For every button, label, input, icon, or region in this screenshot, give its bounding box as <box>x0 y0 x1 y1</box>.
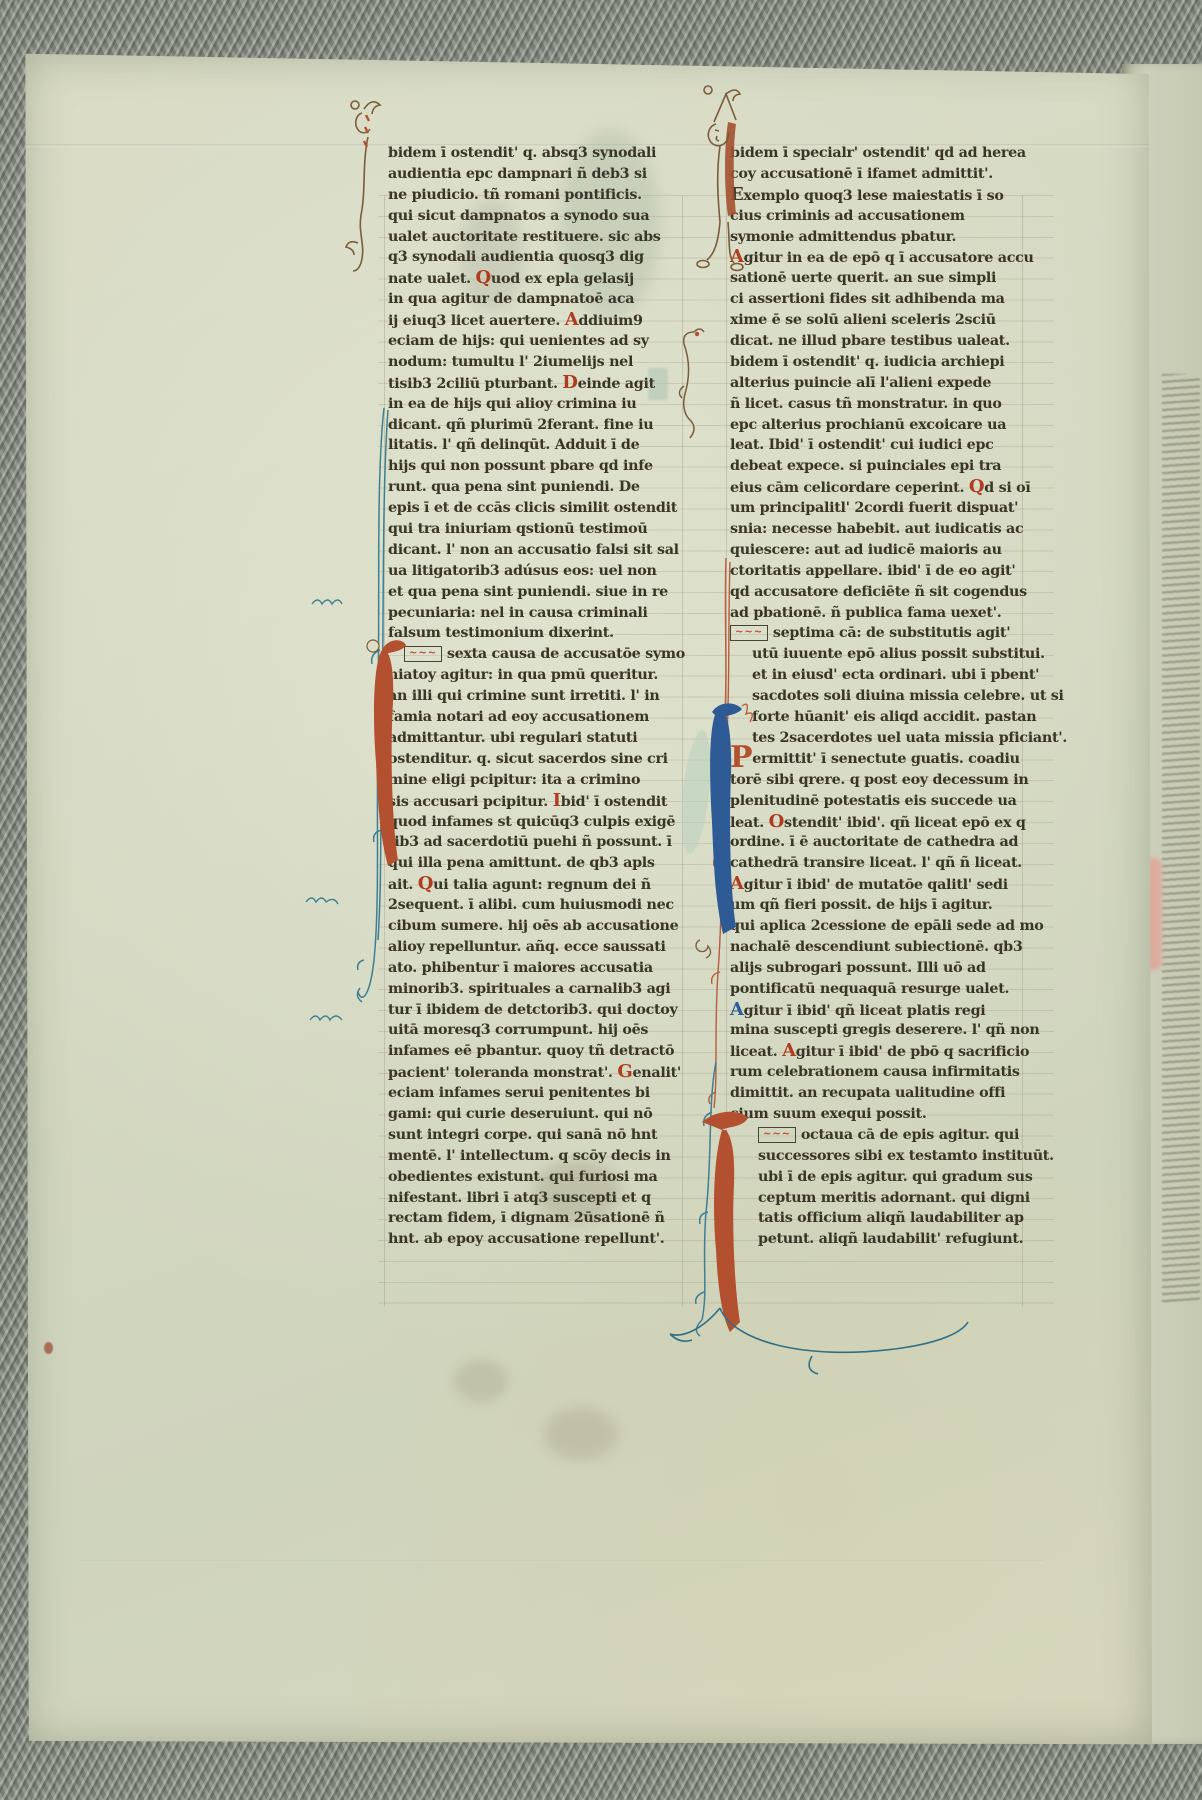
text-line: leat. Ostendit' ibid'. qñ liceat epō ex … <box>730 812 1030 833</box>
text-column-right: bidem ī specialr' ostendit' qd ad hereac… <box>730 143 1030 1250</box>
text-run: rum celebrationem causa infirmitatis <box>730 1064 1020 1080</box>
text-line: rectam fidem, ī dignam 2ūsationē ñ <box>388 1208 688 1229</box>
text-run: in ea de hijs qui alioy crimina iu <box>388 396 636 412</box>
text-line: um principalitl' 2cordi fuerit dispuat' <box>730 498 1030 519</box>
text-line: ostenditur. q. sicut sacerdos sine cri <box>388 749 688 770</box>
grotesque-initial-icon <box>690 88 754 288</box>
text-line: nate ualet. Quod ex epla gelasij <box>388 268 688 289</box>
text-line: symonie admittendus pbatur. <box>730 227 1030 248</box>
text-run: nate ualet. <box>388 271 475 287</box>
bottom-flourish <box>662 1304 992 1384</box>
text-line: utū iuuente epō alius possit substitui. <box>730 644 1030 665</box>
text-run: rectam fidem, ī dignam 2ūsationē ñ <box>388 1210 665 1226</box>
text-line: runt. qua pena sint puniendi. De <box>388 477 688 498</box>
text-run: ddiuim9 <box>578 313 642 329</box>
decorated-initial: I <box>553 790 561 811</box>
text-run: qd accusatore deficiēte ñ sit cogendus <box>730 584 1027 600</box>
text-line: plenitudinē potestatis eis succede ua <box>730 791 1030 812</box>
text-line: ci assertioni fides sit adhibenda ma <box>730 289 1030 310</box>
text-run: niatoy agitur: in qua pmū queritur. <box>388 667 658 683</box>
text-line: snia: necesse habebit. aut iudicatis ac <box>730 519 1030 540</box>
text-run: ctoritatis appellare. ibid' ī de eo agit… <box>730 563 1015 579</box>
text-run: infames eē pbantur. quoy tñ detractō <box>388 1043 674 1059</box>
text-run: einde agit <box>578 376 655 392</box>
text-line: dicant. l' non an accusatio falsi sit sa… <box>388 540 688 561</box>
text-run: ceptum meritis adornant. qui digni <box>758 1190 1030 1206</box>
text-run: enalit' <box>632 1065 681 1081</box>
text-line: ~~~ sexta causa de accusatōe symo <box>388 644 688 665</box>
text-line: eciam infames serui penitentes bi <box>388 1083 688 1104</box>
text-line: pontificatū nequaquā resurge ualet. <box>730 979 1030 1000</box>
text-run: coy accusationē ī ifamet admittit'. <box>730 166 993 182</box>
text-run: audientia epc dampnari ñ deb3 si <box>388 166 647 182</box>
text-line: litatis. l' qñ delinqūt. Adduit ī de <box>388 435 688 456</box>
text-line: alterius puincie alī l'alieni expede <box>730 373 1030 394</box>
text-line: Agitur ī ibid' qñ liceat platis regi <box>730 1000 1030 1021</box>
text-run: um qñ fieri possit. de hijs ī agitur. <box>730 897 992 913</box>
text-line: ualet auctoritate restituere. sic abs <box>388 227 688 248</box>
text-run: bidem ī ostendit' q. absq3 synodali <box>388 145 656 161</box>
text-run: successores sibi ex testamto instituūt. <box>758 1148 1054 1164</box>
text-line: quod infames st quicūq3 culpis exigē <box>388 812 688 833</box>
text-run: mina suscepti gregis deserere. l' qñ non <box>730 1022 1040 1038</box>
text-run: gitur ī ibid' de mutatōe qalitl' sedi <box>744 877 1008 893</box>
text-run: hijs qui non possunt pbare qd infe <box>388 458 653 474</box>
text-line: forte hūanit' eis aliqd accidit. pastan <box>730 707 1030 728</box>
text-line: nifestant. libri ī atq3 suscepti et q <box>388 1188 688 1209</box>
text-run: an illi qui crimine sunt irretiti. l' in <box>388 688 659 704</box>
text-run: cius criminis ad accusationem <box>730 208 965 224</box>
text-line: dicat. ne illud pbare testibus ualeat. <box>730 331 1030 352</box>
text-line: petunt. aliqñ laudabilit' refugiunt. <box>730 1229 1030 1250</box>
text-line: Permittit' ī senectute guatis. coadiu <box>730 749 1030 770</box>
text-line: ~~~ septima cā: de substitutis agit' <box>730 623 1030 644</box>
text-line: ua litigatorib3 adúsus eos: uel non <box>388 561 688 582</box>
text-run: mine eligi pcipitur: ita a crimino <box>388 772 640 788</box>
text-line: torē sibi qrere. q post eoy decessum in <box>730 770 1030 791</box>
text-run: gami: qui curie deseruiunt. qui nō <box>388 1106 653 1122</box>
text-run: cibum sumere. hij oēs ab accusatione <box>388 918 678 934</box>
text-line: rum celebrationem causa infirmitatis <box>730 1062 1030 1083</box>
text-run: minorib3. spirituales a carnalib3 agi <box>388 981 670 997</box>
text-run: debeat expece. si puinciales epi tra <box>730 458 1001 474</box>
decorated-initial: G <box>617 1061 632 1082</box>
text-run: eius cām celicordare ceperint. <box>730 480 969 496</box>
text-line: sationē uerte querit. an sue simpli <box>730 268 1030 289</box>
decorated-initial: O <box>769 811 784 832</box>
text-line: sunt integri corpe. qui sanā nō hnt <box>388 1125 688 1146</box>
text-line: 2sequent. ī alibi. cum huiusmodi nec <box>388 895 688 916</box>
text-run: ne piudicio. tñ romani pontificis. <box>388 187 642 203</box>
text-line: coy accusationē ī ifamet admittit'. <box>730 164 1030 185</box>
text-line: ait. Qui talia agunt: regnum dei ñ <box>388 874 688 895</box>
text-run: falsum testimonium dixerint. <box>388 625 614 641</box>
text-run: hnt. ab epoy accusatione repellunt'. <box>388 1231 664 1247</box>
text-run: ui talia agunt: regnum dei ñ <box>433 877 651 893</box>
text-line: epc alterius prochianū excoicare ua <box>730 415 1030 436</box>
text-run: quod infames st quicūq3 culpis exigē <box>388 814 675 830</box>
red-edge-mark <box>44 1342 53 1354</box>
text-run: sationē uerte querit. an sue simpli <box>730 270 996 286</box>
text-run: qui illa pena amittunt. de qb3 apls <box>388 855 655 871</box>
text-line: liceat. Agitur ī ibid' de pbō q sacrific… <box>730 1041 1030 1062</box>
decorated-initial: A <box>565 309 579 330</box>
decorated-initial: ~~~ <box>758 1127 796 1143</box>
text-run: tisib3 2ciliū pturbant. <box>388 376 562 392</box>
text-line: tisib3 2ciliū pturbant. Deinde agit <box>388 373 688 394</box>
decorated-initial: D <box>562 372 577 393</box>
text-run: ualet auctoritate restituere. sic abs <box>388 229 661 245</box>
text-line: alijs subrogari possunt. Illi uō ad <box>730 958 1030 979</box>
text-run: bid' ī ostendit <box>561 794 667 810</box>
decorated-initial: A <box>782 1040 796 1061</box>
text-run: gitur ī ibid' de pbō q sacrificio <box>796 1044 1029 1060</box>
text-run: admittantur. ubi regulari statuti <box>388 730 637 746</box>
text-run: sacdotes soli diuina missia celebre. ut … <box>752 688 1064 704</box>
text-run: xemplo quoq3 lese maiestatis ī so <box>743 188 1003 204</box>
text-run: dicant. qñ plurimū 2ferant. fine iu <box>388 417 653 433</box>
margin-squiggle <box>306 1008 346 1028</box>
text-run: nifestant. libri ī atq3 suscepti et q <box>388 1190 651 1206</box>
text-run: xime ē se solū alieni sceleris 2sciū <box>730 312 996 328</box>
text-line: um qñ fieri possit. de hijs ī agitur. <box>730 895 1030 916</box>
text-line: bidem ī ostendit' q. absq3 synodali <box>388 143 688 164</box>
text-run: bidem ī ostendit' q. iudicia archiepi <box>730 354 1004 370</box>
text-run: ordine. ī ē auctoritate de cathedra ad <box>730 834 1018 850</box>
manuscript-page: bidem ī ostendit' q. absq3 synodaliaudie… <box>22 52 1152 1746</box>
text-line: hnt. ab epoy accusatione repellunt'. <box>388 1229 688 1250</box>
text-line: cibum sumere. hij oēs ab accusatione <box>388 916 688 937</box>
ink-stain <box>454 1360 508 1402</box>
text-line: mentē. l' intellectum. q scōy decis in <box>388 1146 688 1167</box>
text-line: dimittit. an recupata ualitudine offi <box>730 1083 1030 1104</box>
decorated-initial: Q <box>475 267 490 288</box>
text-run: uitā moresq3 corrumpunt. hij oēs <box>388 1022 648 1038</box>
text-run: plenitudinē potestatis eis succede ua <box>730 793 1017 809</box>
text-run: gitur in ea de epō q ī accusatore accu <box>744 250 1034 266</box>
text-run: in qua agitur de dampnatoē aca <box>388 291 634 307</box>
text-run: ad pbationē. ñ publica fama uexet'. <box>730 605 1001 621</box>
text-run: quiescere: aut ad iudicē maioris au <box>730 542 1002 558</box>
text-line: qui illa pena amittunt. de qb3 apls <box>388 853 688 874</box>
text-line: Agitur in ea de epō q ī accusatore accu <box>730 247 1030 268</box>
text-line: ad pbationē. ñ publica fama uexet'. <box>730 603 1030 624</box>
text-line: nodum: tumultu l' 2iumelijs nel <box>388 352 688 373</box>
text-run: 2sequent. ī alibi. cum huiusmodi nec <box>388 897 674 913</box>
text-line: quiescere: aut ad iudicē maioris au <box>730 540 1030 561</box>
text-run: stendit' ibid'. qñ liceat epō ex q <box>784 815 1026 831</box>
text-line: audientia epc dampnari ñ deb3 si <box>388 164 688 185</box>
text-line: dicant. qñ plurimū 2ferant. fine iu <box>388 415 688 436</box>
text-run: nodum: tumultu l' 2iumelijs nel <box>388 354 633 370</box>
text-line: tib3 ad sacerdotiū puehi ñ possunt. ī <box>388 832 688 853</box>
text-run: tib3 ad sacerdotiū puehi ñ possunt. ī <box>388 834 672 850</box>
text-line: minorib3. spirituales a carnalib3 agi <box>388 979 688 1000</box>
text-line: eciam de hijs: qui uenientes ad sy <box>388 331 688 352</box>
text-line: alioy repelluntur. añq. ecce saussati <box>388 937 688 958</box>
text-line: cathedrā transire liceat. l' qñ ñ liceat… <box>730 853 1030 874</box>
text-run: et in eiusd' ecta ordinari. ubi ī pbent' <box>752 667 1039 683</box>
ink-stain <box>544 1408 618 1460</box>
text-line: sis accusari pcipitur. Ibid' ī ostendit <box>388 791 688 812</box>
red-initial-I-bottom <box>686 1052 756 1342</box>
text-run: et qua pena sint puniendi. siue in re <box>388 584 668 600</box>
text-line: epis ī et de ccās clicis similit ostendi… <box>388 498 688 519</box>
text-run: leat. Ibid' ī ostendit' cui iudici epc <box>730 437 994 453</box>
text-line: ñ licet. casus tñ monstratur. in quo <box>730 394 1030 415</box>
text-line: cium suum exequi possit. <box>730 1104 1030 1125</box>
text-line: hijs qui non possunt pbare qd infe <box>388 456 688 477</box>
text-run: sunt integri corpe. qui sanā nō hnt <box>388 1127 657 1143</box>
text-run: petunt. aliqñ laudabilit' refugiunt. <box>758 1231 1023 1247</box>
text-run: qui aplica 2cessione de epāli sede ad mo <box>730 918 1044 934</box>
text-run: septima cā: de substitutis agit' <box>768 625 1010 641</box>
text-run: litatis. l' qñ delinqūt. Adduit ī de <box>388 437 639 453</box>
text-run: sis accusari pcipitur. <box>388 794 553 810</box>
text-line: ctoritatis appellare. ibid' ī de eo agit… <box>730 561 1030 582</box>
text-line: q3 synodali audientia quosq3 dig <box>388 247 688 268</box>
text-run: cathedrā transire liceat. l' qñ ñ liceat… <box>730 855 1022 871</box>
text-line: ubi ī de epis agitur. qui gradum sus <box>730 1167 1030 1188</box>
text-run: ato. phibentur ī maiores accusatia <box>388 960 653 976</box>
text-line: admittantur. ubi regulari statuti <box>388 728 688 749</box>
text-run: dicat. ne illud pbare testibus ualeat. <box>730 333 1010 349</box>
text-line: debeat expece. si puinciales epi tra <box>730 456 1030 477</box>
text-run: alijs subrogari possunt. Illi uō ad <box>730 960 986 976</box>
text-line: qui sicut dampnatos a synodo sua <box>388 206 688 227</box>
small-initial-flourish-icon <box>670 322 710 452</box>
decorated-initial: Q <box>418 873 433 894</box>
decorated-initial: ~~~ <box>404 646 442 662</box>
text-line: et qua pena sint puniendi. siue in re <box>388 582 688 603</box>
text-run: famia notari ad eoy accusationem <box>388 709 649 725</box>
text-run: tur ī ibidem de detctorib3. qui doctoy <box>388 1002 678 1018</box>
text-run: gitur ī ibid' qñ liceat platis regi <box>744 1003 986 1019</box>
text-run: bidem ī specialr' ostendit' qd ad herea <box>730 145 1026 161</box>
text-line: ij eiuq3 licet auertere. Addiuim9 <box>388 310 688 331</box>
text-line: in qua agitur de dampnatoē aca <box>388 289 688 310</box>
text-line: sacdotes soli diuina missia celebre. ut … <box>730 686 1030 707</box>
text-run: ci assertioni fides sit adhibenda ma <box>730 291 1005 307</box>
margin-squiggle <box>302 890 342 910</box>
text-line: qd accusatore deficiēte ñ sit cogendus <box>730 582 1030 603</box>
text-run: dimittit. an recupata ualitudine offi <box>730 1085 1005 1101</box>
text-line: infames eē pbantur. quoy tñ detractō <box>388 1041 688 1062</box>
text-run: nachalē descendiunt subiectionē. qb3 <box>730 939 1023 955</box>
text-line: uitā moresq3 corrumpunt. hij oēs <box>388 1020 688 1041</box>
text-run: pontificatū nequaquā resurge ualet. <box>730 981 1009 997</box>
text-line: qui tra iniuriam qstionū testimoū <box>388 519 688 540</box>
text-run: obedientes existunt. qui furiosi ma <box>388 1169 658 1185</box>
text-line: bidem ī ostendit' q. iudicia archiepi <box>730 352 1030 373</box>
text-run: forte hūanit' eis aliqd accidit. pastan <box>752 709 1036 725</box>
text-line: gami: qui curie deseruiunt. qui nō <box>388 1104 688 1125</box>
text-line: an illi qui crimine sunt irretiti. l' in <box>388 686 688 707</box>
text-line: mina suscepti gregis deserere. l' qñ non <box>730 1020 1030 1041</box>
text-run: ua litigatorib3 adúsus eos: uel non <box>388 563 657 579</box>
text-line: Exemplo quoq3 lese maiestatis ī so <box>730 185 1030 206</box>
text-column-left: bidem ī ostendit' q. absq3 synodaliaudie… <box>388 143 688 1250</box>
text-run: alioy repelluntur. añq. ecce saussati <box>388 939 666 955</box>
text-run: epc alterius prochianū excoicare ua <box>730 417 1006 433</box>
figure-initial-left-icon <box>340 95 392 275</box>
text-run: qui sicut dampnatos a synodo sua <box>388 208 649 224</box>
text-run: sexta causa de accusatōe symo <box>442 646 685 662</box>
text-run: runt. qua pena sint puniendi. De <box>388 479 640 495</box>
text-line: obedientes existunt. qui furiosi ma <box>388 1167 688 1188</box>
text-line: eius cām celicordare ceperint. Qd si oī <box>730 477 1030 498</box>
text-line: famia notari ad eoy accusationem <box>388 707 688 728</box>
next-page-text-edge <box>1162 374 1200 1304</box>
text-run: ñ licet. casus tñ monstratur. in quo <box>730 396 1002 412</box>
text-run: dicant. l' non an accusatio falsi sit sa… <box>388 542 679 558</box>
text-run: eciam infames serui penitentes bi <box>388 1085 650 1101</box>
text-run: utū iuuente epō alius possit substitui. <box>752 646 1045 662</box>
text-run: symonie admittendus pbatur. <box>730 229 956 245</box>
text-line: mine eligi pcipitur: ita a crimino <box>388 770 688 791</box>
text-run: tatis officium aliqñ laudabiliter ap <box>758 1210 1024 1226</box>
text-line: tes 2sacerdotes uel uata missia pficiant… <box>730 728 1030 749</box>
photo-background: bidem ī ostendit' q. absq3 synodaliaudie… <box>0 0 1202 1800</box>
text-line: et in eiusd' ecta ordinari. ubi ī pbent' <box>730 665 1030 686</box>
text-run: snia: necesse habebit. aut iudicatis ac <box>730 521 1023 537</box>
text-run: cium suum exequi possit. <box>730 1106 927 1122</box>
text-line: pacient' toleranda monstrat'. Genalit' <box>388 1062 688 1083</box>
text-line: in ea de hijs qui alioy crimina iu <box>388 394 688 415</box>
text-line: ~~~ octaua cā de epis agitur. qui <box>730 1125 1030 1146</box>
decorated-initial: Q <box>969 476 984 497</box>
text-line: qui aplica 2cessione de epāli sede ad mo <box>730 916 1030 937</box>
text-run: qui tra iniuriam qstionū testimoū <box>388 521 648 537</box>
text-line: leat. Ibid' ī ostendit' cui iudici epc <box>730 435 1030 456</box>
text-line: nachalē descendiunt subiectionē. qb3 <box>730 937 1030 958</box>
text-run: ermittit' ī senectute guatis. coadiu <box>752 751 1019 767</box>
text-line: ordine. ī ē auctoritate de cathedra ad <box>730 832 1030 853</box>
text-line: pecuniaria: nel in causa criminali <box>388 603 688 624</box>
text-run: epis ī et de ccās clicis similit ostendi… <box>388 500 677 516</box>
text-run: torē sibi qrere. q post eoy decessum in <box>730 772 1029 788</box>
crease <box>82 1560 1043 1563</box>
blue-initial-I <box>698 642 748 942</box>
text-line: ne piudicio. tñ romani pontificis. <box>388 185 688 206</box>
text-run: mentē. l' intellectum. q scōy decis in <box>388 1148 671 1164</box>
text-line: ceptum meritis adornant. qui digni <box>730 1188 1030 1209</box>
text-line: ato. phibentur ī maiores accusatia <box>388 958 688 979</box>
text-line: niatoy agitur: in qua pmū queritur. <box>388 665 688 686</box>
text-line: cius criminis ad accusationem <box>730 206 1030 227</box>
text-run: ubi ī de epis agitur. qui gradum sus <box>758 1169 1032 1185</box>
text-run: uod ex epla gelasij <box>491 271 634 287</box>
red-initial-I <box>358 630 408 890</box>
text-run: octaua cā de epis agitur. qui <box>796 1127 1019 1143</box>
text-run: um principalitl' 2cordi fuerit dispuat' <box>730 500 1018 516</box>
text-line: xime ē se solū alieni sceleris 2sciū <box>730 310 1030 331</box>
text-line: successores sibi ex testamto instituūt. <box>730 1146 1030 1167</box>
margin-squiggle <box>308 592 348 612</box>
text-line: tatis officium aliqñ laudabiliter ap <box>730 1208 1030 1229</box>
text-run: alterius puincie alī l'alieni expede <box>730 375 991 391</box>
text-line: bidem ī specialr' ostendit' qd ad herea <box>730 143 1030 164</box>
text-run: q3 synodali audientia quosq3 dig <box>388 249 644 265</box>
text-run: pecuniaria: nel in causa criminali <box>388 605 648 621</box>
text-run: pacient' toleranda monstrat'. <box>388 1065 617 1081</box>
text-line: falsum testimonium dixerint. <box>388 623 688 644</box>
text-run: ostenditur. q. sicut sacerdos sine cri <box>388 751 668 767</box>
text-run: eciam de hijs: qui uenientes ad sy <box>388 333 649 349</box>
text-run: tes 2sacerdotes uel uata missia pficiant… <box>752 730 1067 746</box>
text-run: d si oī <box>984 480 1030 496</box>
text-line: Agitur ī ibid' de mutatōe qalitl' sedi <box>730 874 1030 895</box>
text-line: tur ī ibidem de detctorib3. qui doctoy <box>388 1000 688 1021</box>
text-run: ij eiuq3 licet auertere. <box>388 313 565 329</box>
